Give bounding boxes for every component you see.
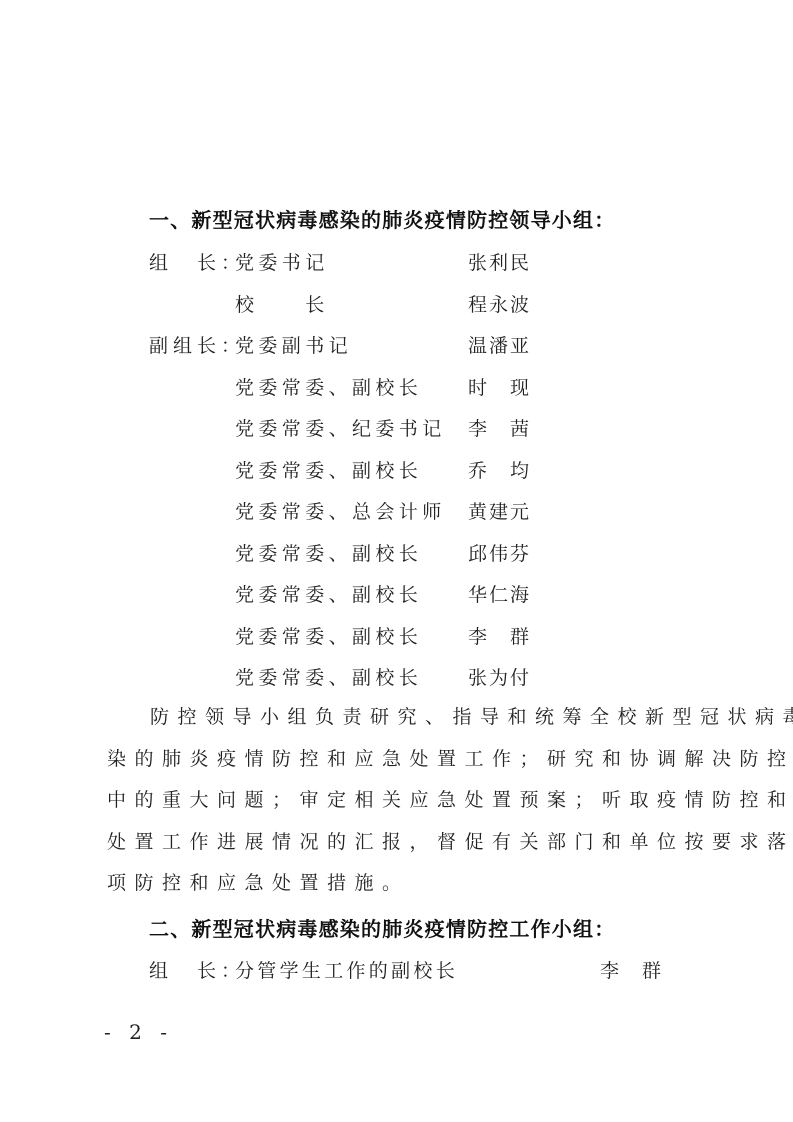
role-title: 党委书记 (235, 248, 329, 275)
section1-heading: 一、新型冠状病毒感染的肺炎疫情防控领导小组： (149, 204, 615, 233)
member-name: 黄建元 (468, 497, 531, 524)
role-title: 党委副书记 (235, 331, 352, 358)
role-title: 党委常委、副校长 (235, 663, 422, 690)
member-name: 李 茜 (468, 414, 531, 441)
role-label: 组 长： (149, 956, 245, 983)
paragraph-line: 中的重大问题；审定相关应急处置预案；听取疫情防控和应急 (107, 780, 691, 822)
role-title: 党委常委、副校长 (235, 373, 422, 400)
member-name: 时 现 (468, 373, 531, 400)
paragraph-line: 防控领导小组负责研究、指导和统筹全校新型冠状病毒感 (107, 697, 691, 739)
member-name: 李 群 (468, 622, 531, 649)
role-title: 校 长 (235, 290, 329, 317)
section2-heading: 二、新型冠状病毒感染的肺炎疫情防控工作小组： (149, 913, 615, 942)
member-name: 乔 均 (468, 456, 531, 483)
member-name: 温潘亚 (468, 331, 531, 358)
section1-description: 防控领导小组负责研究、指导和统筹全校新型冠状病毒感 染的肺炎疫情防控和应急处置工… (107, 697, 691, 905)
member-name: 张为付 (468, 663, 531, 690)
paragraph-line: 染的肺炎疫情防控和应急处置工作；研究和协调解决防控工作 (107, 739, 691, 781)
member-name: 程永波 (468, 290, 531, 317)
role-title: 党委常委、副校长 (235, 580, 422, 607)
role-title: 分管学生工作的副校长 (235, 956, 458, 983)
role-label: 组 长： (149, 248, 245, 275)
role-title: 党委常委、副校长 (235, 622, 422, 649)
paragraph-line: 处置工作进展情况的汇报，督促有关部门和单位按要求落实各 (107, 822, 691, 864)
role-title: 党委常委、纪委书记 (235, 414, 446, 441)
role-title: 党委常委、副校长 (235, 539, 422, 566)
member-name: 李 群 (600, 956, 663, 983)
page-number: - 2 - (104, 1020, 173, 1044)
member-name: 张利民 (468, 248, 531, 275)
paragraph-line: 项防控和应急处置措施。 (107, 863, 691, 905)
document-page: 一、新型冠状病毒感染的肺炎疫情防控领导小组： 组 长： 党委书记 张利民 校 长… (0, 0, 793, 1122)
role-title: 党委常委、副校长 (235, 456, 422, 483)
role-title: 党委常委、总会计师 (235, 497, 446, 524)
member-name: 邱伟芬 (468, 539, 531, 566)
role-label: 副组长： (149, 331, 245, 358)
member-name: 华仁海 (468, 580, 531, 607)
